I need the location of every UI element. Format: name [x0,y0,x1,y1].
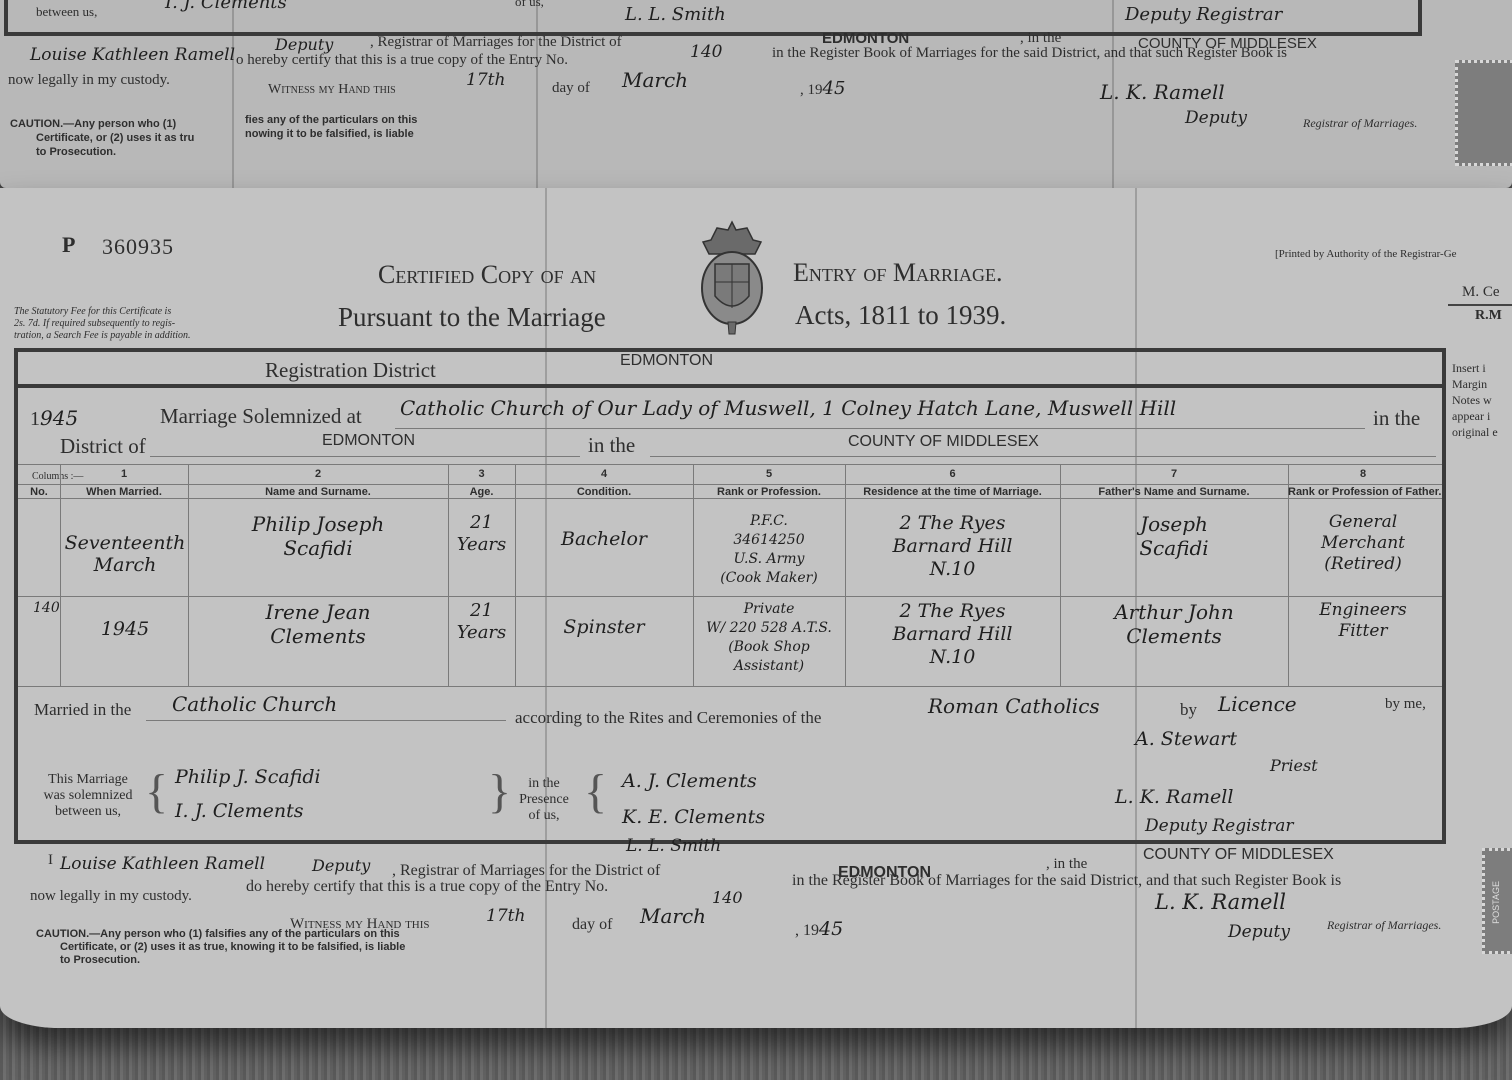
title-right-2: Acts, 1811 to 1939. [795,300,1006,331]
registration-district: EDMONTON [620,352,713,370]
caution-line: Certificate, or (2) uses it as true, kno… [36,941,405,954]
column-number: 7 [1060,468,1288,480]
father_profession-line: General [1288,512,1438,533]
age-line: 21 [448,600,515,622]
witness-1-signature: A. J. Clements [622,770,757,792]
postage-stamp-icon: POSTAGE [1482,848,1512,954]
title-left-1: Certified Copy of an [378,260,596,290]
column-number: 6 [845,468,1060,480]
margin-note-line: original e [1452,424,1498,440]
table-cell-residence: 2 The RyesBarnard HillN.10 [845,512,1060,581]
top-custody-text: now legally in my custody. [8,72,170,89]
entry-number: 140 [33,600,60,616]
father-line: Joseph [1060,512,1288,536]
day: 17th [486,906,525,926]
column-header: When Married. [60,486,188,498]
age-line: 21 [448,512,515,534]
table-cell-name: Irene JeanClements [188,600,448,648]
when-married-year: 1945 [60,618,190,640]
table-rule [18,498,1442,499]
top-presence-label: of us, [515,0,544,10]
caution-line: to Prosecution. [36,954,405,967]
table-cell-age: 21Years [448,512,515,556]
condition-line: Bachelor [515,528,693,551]
father_profession-line: Merchant [1288,533,1438,554]
year-field: 1945 [30,406,78,431]
column-header: Father's Name and Surname. [1060,486,1288,498]
label-line: in the [512,776,576,792]
caution-line: CAUTION.—Any person who (1) falsifies an… [36,928,405,941]
form-code-1: M. Ce [1462,284,1500,301]
registrar-signature: L. K. Ramell [1155,890,1286,914]
fee-note-line: tration, a Search Fee is payable in addi… [14,330,191,342]
father-line: Scafidi [1060,536,1288,560]
profession-line: (Book Shop [693,638,845,657]
top-officiant-title: Deputy Registrar [1125,4,1282,25]
top-register-book-text: in the Register Book of Marriages for th… [772,45,1287,62]
solemnized-at-label: Marriage Solemnized at [160,404,362,429]
witness-3-signature: L. L. Smith [626,836,721,856]
officiant-1-name: A. Stewart [1135,728,1237,750]
register-book-text: in the Register Book of Marriages for th… [792,872,1341,890]
label-line: This Marriage [40,772,136,788]
officiant-1-role: Priest [1270,756,1318,775]
by-me-label: by me, [1385,696,1426,713]
underline [650,456,1436,457]
title-right-1: Entry of Marriage. [793,258,1003,288]
table-cell-residence: 2 The RyesBarnard HillN.10 [845,600,1060,669]
footer-in-the: , in the [1046,856,1087,873]
name-line: Clements [188,624,448,648]
table-cell-father: JosephScafidi [1060,512,1288,560]
married-in-label: Married in the [34,700,131,720]
residence-line: Barnard Hill [845,535,1060,558]
royal-coat-of-arms-icon [695,218,769,338]
profession-line: W/ 220 528 A.T.S. [693,619,845,638]
district: EDMONTON [322,432,415,450]
in-the-label: in the [1373,406,1420,431]
top-signature-role: Deputy [1185,108,1247,128]
top-solemnized-label: between us, [36,4,97,20]
table-rule [18,686,1442,687]
column-header: Residence at the time of Marriage. [845,486,1060,498]
father_profession-line: (Retired) [1288,554,1438,575]
presence-label: in the Presence of us, [512,776,576,824]
column-header: Rank or Profession of Father. [1288,486,1438,498]
solemnized-at: Catholic Church of Our Lady of Muswell, … [400,396,1176,420]
top-spouse-signature: I. J. Clements [165,0,287,13]
top-caution-2b: nowing it to be falsified, is liable [245,128,414,140]
profession-line: Assistant) [693,657,845,676]
column-number: 3 [448,468,515,480]
caution-text: CAUTION.—Any person who (1) falsifies an… [36,928,405,967]
profession-line: 34614250 [693,531,845,550]
fee-note-line: The Statutory Fee for this Certificate i… [14,306,191,318]
residence-line: N.10 [845,646,1060,669]
registrar-signature-role: Deputy [1228,922,1290,942]
table-cell-condition: Bachelor [515,512,693,551]
table-cell-father_profession: EngineersFitter [1288,600,1438,642]
column-header: Rank or Profession. [693,486,845,498]
top-month: March [622,68,688,92]
married-in: Catholic Church [172,692,337,716]
profession-line: Private [693,600,845,619]
top-certify-text: o hereby certify that this is a true cop… [236,52,568,69]
column-number: 2 [188,468,448,480]
top-entry-no: 140 [690,42,722,62]
name-line: Scafidi [188,536,448,560]
underline [146,720,506,721]
certifier-role: Deputy [312,856,370,875]
table-cell-age: 21Years [448,600,515,644]
county: COUNTY OF MIDDLESEX [848,433,1039,451]
serial-number: 360935 [102,234,174,260]
brace-icon: } [488,768,511,816]
brace-icon: { [145,768,168,816]
residence-line: 2 The Ryes [845,600,1060,623]
margin-note-line: Insert i [1452,360,1498,376]
margin-note: Insert i Margin Notes w appear i origina… [1452,360,1498,440]
profession-line: P.F.C. [693,512,845,531]
rites-label: according to the Rites and Ceremonies of… [515,708,821,728]
printed-by: [Printed by Authority of the Registrar-G… [1275,248,1457,260]
column-header: Condition. [515,486,693,498]
father-line: Clements [1060,624,1288,648]
rites: Roman Catholics [928,694,1100,718]
label-line: was solemnized [40,788,136,804]
column-number: 4 [515,468,693,480]
district-of-label: District of [60,434,146,459]
top-caution-1b: fies any of the particulars on this [245,114,417,126]
residence-line: N.10 [845,558,1060,581]
top-caution-3: to Prosecution. [36,146,116,158]
top-registrar-of-marriages: Registrar of Marriages. [1303,116,1417,131]
table-cell-father_profession: GeneralMerchant(Retired) [1288,512,1438,575]
table-rule [18,484,1442,485]
top-witness-hand: Witness my Hand this [268,82,396,98]
label-line: Presence [512,792,576,808]
table-cell-name: Philip JosephScafidi [188,512,448,560]
underline [150,456,580,457]
month: March [640,904,706,928]
registrar-of-marriages: Registrar of Marriages. [1327,918,1441,933]
column-header: No. [18,486,60,498]
father_profession-line: Engineers [1288,600,1438,621]
table-rule [18,596,1442,597]
serial-prefix: P [62,232,75,258]
fee-note: The Statutory Fee for this Certificate i… [14,306,191,342]
top-day-of: day of [552,80,590,97]
name-line: Philip Joseph [188,512,448,536]
top-year: , 1945 [800,78,845,99]
certify-text: do hereby certify that this is a true co… [246,878,608,896]
when-married: Seventeenth March 1945 [60,532,190,640]
title-left-2: Pursuant to the Marriage [338,302,606,333]
custody-text: now legally in my custody. [30,888,192,905]
day-of: day of [572,916,612,934]
postage-stamp-icon [1455,60,1512,166]
top-registrar-text: , Registrar of Marriages for the Distric… [370,34,622,51]
age-line: Years [448,622,515,644]
label-line: between us, [40,804,136,820]
year: , 1945 [795,918,843,940]
column-number: 8 [1288,468,1438,480]
condition-line: Spinster [515,616,693,639]
officiant-2-role: Deputy Registrar [1145,816,1293,836]
party-2-signature: I. J. Clements [175,800,304,822]
table-rule [18,464,1442,465]
table-cell-profession: P.F.C.34614250U.S. Army(Cook Maker) [693,512,845,588]
column-number: 1 [60,468,188,480]
name-line: Irene Jean [188,600,448,624]
father-line: Arthur John [1060,600,1288,624]
footer-county: COUNTY OF MIDDLESEX [1143,846,1334,864]
when-married-month: March [60,554,190,576]
top-signature: L. K. Ramell [1100,80,1225,104]
column-number: 5 [693,468,845,480]
margin-note-line: appear i [1452,408,1498,424]
table-cell-profession: PrivateW/ 220 528 A.T.S.(Book ShopAssist… [693,600,845,676]
certifier-prefix: I [48,852,53,869]
stamp-label: POSTAGE [1491,881,1501,924]
fee-note-line: 2s. 7d. If required subsequently to regi… [14,318,191,330]
table-cell-condition: Spinster [515,600,693,639]
top-caution-1: CAUTION.—Any person who (1) [10,118,176,130]
officiant-2-name: L. K. Ramell [1115,786,1233,808]
margin-note-line: Margin [1452,376,1498,392]
divider [1448,304,1512,306]
by-label: by [1180,700,1197,720]
divider [18,384,1442,388]
residence-line: 2 The Ryes [845,512,1060,535]
profession-line: (Cook Maker) [693,569,845,588]
table-cell-father: Arthur JohnClements [1060,600,1288,648]
profession-line: U.S. Army [693,550,845,569]
residence-line: Barnard Hill [845,623,1060,646]
column-header: Name and Surname. [188,486,448,498]
margin-note-line: Notes w [1452,392,1498,408]
top-caution-2: Certificate, or (2) uses it as tru [36,132,194,144]
column-header: Age. [448,486,515,498]
when-married-day: Seventeenth [60,532,190,554]
top-witness-signature: L. L. Smith [625,4,726,25]
father_profession-line: Fitter [1288,621,1438,642]
marriage-certificate: P 360935 The Statutory Fee for this Cert… [0,188,1512,1028]
form-code-2: R.M [1475,308,1502,324]
label-line: of us, [512,808,576,824]
top-day: 17th [466,70,505,90]
top-certifier-name: Louise Kathleen Ramell [30,45,235,65]
footer-entry-no: 140 [712,888,743,907]
certifier-name: Louise Kathleen Ramell [60,854,265,874]
brace-icon: { [584,768,607,816]
registration-district-label: Registration District [265,358,436,383]
witness-2-signature: K. E. Clements [622,806,765,828]
by-method: Licence [1218,692,1297,716]
underline [395,428,1365,429]
party-1-signature: Philip J. Scafidi [175,766,321,788]
in-the-label-2: in the [588,433,635,458]
age-line: Years [448,534,515,556]
top-certificate-fragment: between us, I. J. Clements of us, L. L. … [0,0,1512,188]
solemnized-between-label: This Marriage was solemnized between us, [40,772,136,820]
